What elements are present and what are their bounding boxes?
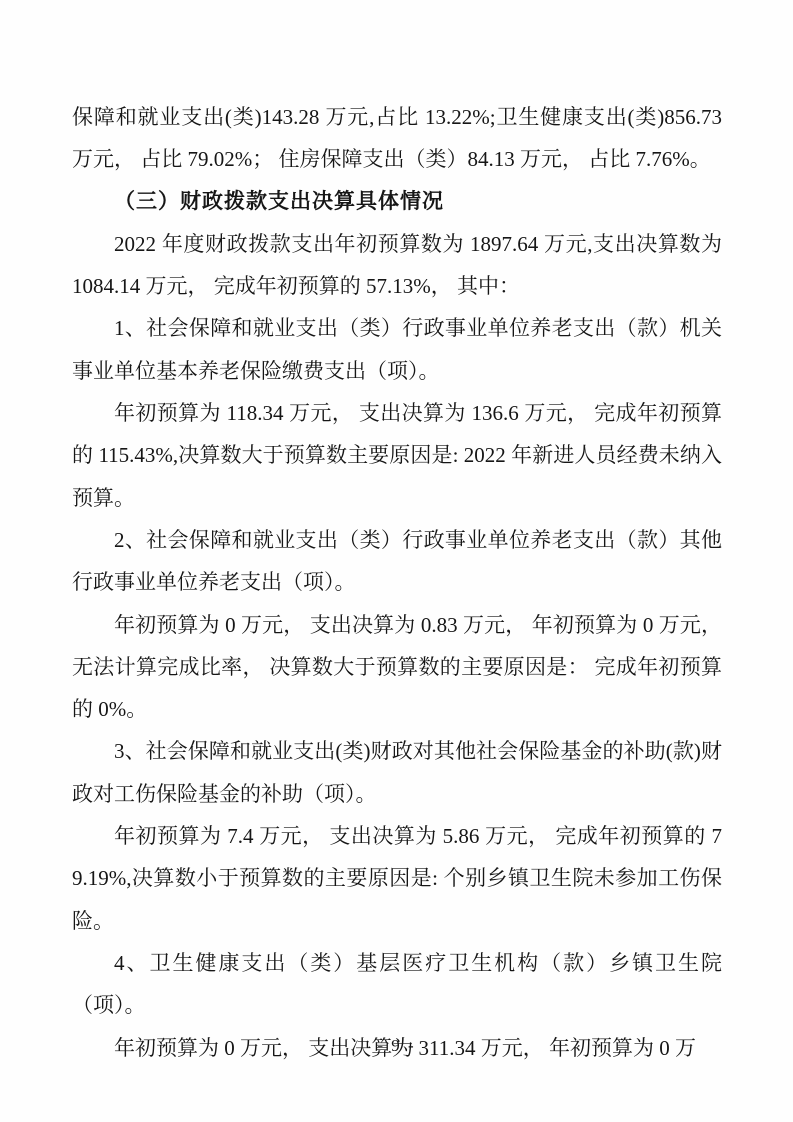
paragraph-item-1-detail: 年初预算为 118.34 万元， 支出决算为 136.6 万元， 完成年初预算的… — [72, 392, 722, 519]
paragraph-item-4-title: 4、卫生健康支出（类）基层医疗卫生机构（款）乡镇卫生院（项）。 — [72, 942, 722, 1027]
paragraph-item-2-detail: 年初预算为 0 万元， 支出决算为 0.83 万元， 年初预算为 0 万元，无法… — [72, 604, 722, 731]
continued-paragraph-expenditure-shares: 保障和就业支出(类)143.28 万元,占比 13.22%;卫生健康支出(类)8… — [72, 96, 722, 181]
paragraph-2022-budget-summary: 2022 年度财政拨款支出年初预算数为 1897.64 万元,支出决算数为 10… — [72, 223, 722, 308]
paragraph-item-2-title: 2、社会保障和就业支出（类）行政事业单位养老支出（款）其他行政事业单位养老支出（… — [72, 519, 722, 604]
paragraph-item-3-detail: 年初预算为 7.4 万元， 支出决算为 5.86 万元， 完成年初预算的 79.… — [72, 815, 722, 942]
document-page: 保障和就业支出(类)143.28 万元,占比 13.22%;卫生健康支出(类)8… — [0, 0, 793, 1122]
document-body: 保障和就业支出(类)143.28 万元,占比 13.22%;卫生健康支出(类)8… — [72, 96, 722, 1069]
page-number: - 9 - — [0, 1036, 793, 1056]
paragraph-item-1-title: 1、社会保障和就业支出（类）行政事业单位养老支出（款）机关事业单位基本养老保险缴… — [72, 307, 722, 392]
section-heading-fiscal-appropriation-details: （三）财政拨款支出决算具体情况 — [72, 181, 722, 223]
paragraph-item-3-title: 3、社会保障和就业支出(类)财政对其他社会保险基金的补助(款)财政对工伤保险基金… — [72, 730, 722, 815]
